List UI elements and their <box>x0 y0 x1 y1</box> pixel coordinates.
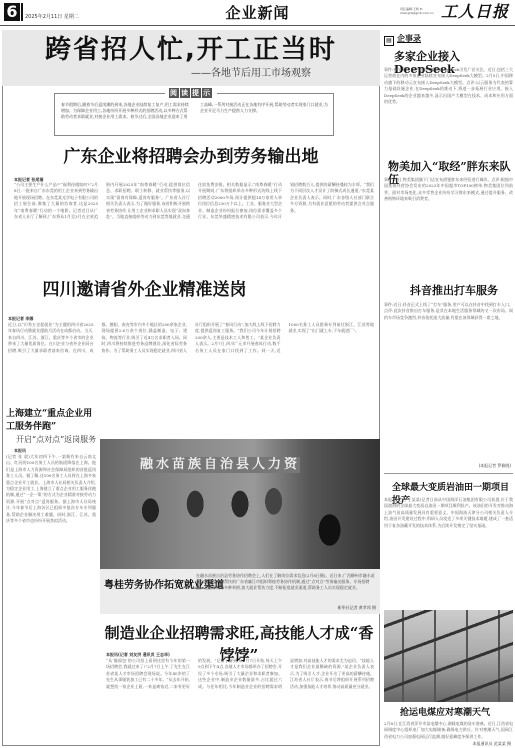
sidebar-photo-headline: 抢运电煤应对寒潮天气 <box>400 707 490 720</box>
article-headline-guangdong[interactable]: 广东企业将招聘会办到劳务输出地 <box>2 146 380 168</box>
photo-power-grid <box>384 610 513 702</box>
sidebar-body: 事件:近日,物美集团旗下门店宣布借鉴胖东来经验进行调改。点评:根据中国连锁经营协… <box>384 177 513 272</box>
tent-banner: 融水苗族自治县人力资 <box>140 457 300 473</box>
reading-tip-text: 春节假期后,随着节后返岗潮的到来,各地企业陆续复工复产,用工需求持续增加。为保障… <box>61 102 329 120</box>
tip-char: 提 <box>191 88 201 98</box>
article-headline-shanghai[interactable]: 上海建立“重点企业用工服务伴跑” <box>6 408 98 434</box>
sidebar-body: 事件:近日,抖音正式上线了“打车”服务,用户可以在抖音中找到打车入口。点评:此次… <box>384 302 513 460</box>
sidebar-headline-douyin[interactable]: 抖音推出打车服务 <box>410 284 498 297</box>
sidebar-divider <box>384 473 513 474</box>
article-headline-sichuan[interactable]: 四川邀请省外企业精准送岗 <box>2 279 287 301</box>
tip-char: 读 <box>180 88 190 98</box>
sidebar-rubric: ▤企事录 <box>384 33 421 46</box>
article-body: (记者 张 晨)大年初四下午,一架载有来自云南文山、红河的100名务工人员的航班… <box>6 454 96 624</box>
article-subheadline: 开启“点对点”返岗服务 <box>16 435 96 445</box>
sidebar-body: 事件:春节期间,国产开源大模型DeepSeek引发广泛关注。近日,包括三大运营商… <box>384 67 513 162</box>
newspaper-logo: 工人日报 <box>441 2 509 22</box>
sidebar-column: ▤企事录 多家企业接入DeepSeek 事件:春节期间,国产开源大模型DeepS… <box>384 30 513 746</box>
photo-caption: 粤桂劳务协作拓宽就业渠道 在融水苗族自治县劳务协作招聘会上,人们在了解岗位需求信… <box>100 569 380 614</box>
lead-headline-band: 跨省招人忙,开工正当时 ——各地节后用工市场观察 <box>2 30 380 86</box>
masthead: 6 2025年2月11日 星期二 企业新闻 责任编辑:王娇 E-mail:grb… <box>0 0 515 26</box>
sidebar-body: 本报讯(记者 王某某)记者日前从中国海洋石油集团有限公司获悉,位于我国渤海的全球… <box>384 497 513 603</box>
article-byline: 本报讯(记者 刘友洪 通讯员 王志华) <box>106 652 170 657</box>
photo-caption-text: 在融水苗族自治县劳务协作招聘会上,人们在了解岗位需求信息(2月8日摄)。近日来,… <box>196 573 376 591</box>
reading-tip-box: 阅读提示 春节假期后,随着节后返岗潮的到来,各地企业陆续复工复产,用工需求持续增… <box>54 93 334 136</box>
rubric-icon: ▤ <box>384 36 394 46</box>
article-body: “公司主要生产什么产品?”“福利待遇如何?”2月8日,一批来自广东东莞的用工企业… <box>14 182 374 294</box>
article-byline: 本报记者 李娜 <box>8 316 33 321</box>
tip-char: 阅 <box>169 88 179 98</box>
article-body: 近日,以“川秀万企促就业”为主题的四川省2025年春风行动暨就业援助月活动在成都… <box>8 322 374 406</box>
article-byline: 本报讯 <box>14 448 26 453</box>
main-column: 跨省招人忙,开工正当时 ——各地节后用工市场观察 阅读提示 春节假期后,随着节后… <box>2 30 380 746</box>
sidebar-credit: (本报记者 罗筱晓) <box>479 463 511 468</box>
rubric-label: 企事录 <box>397 34 421 43</box>
article-body: “从‘像面包’的公司招上看到这里有今年的第一场招聘会,我就过来了!”2月7日上午… <box>106 658 374 740</box>
photo-job-fair: 融水苗族自治县人力资 <box>100 439 380 569</box>
tip-char: 示 <box>202 88 212 98</box>
photo-credit: 新华社记者 黄孝邦 摄 <box>337 605 376 610</box>
lead-headline[interactable]: 跨省招人忙,开工正当时 <box>2 34 380 66</box>
lead-subheadline: ——各地节后用工市场观察 <box>2 67 380 80</box>
sidebar-photo-credit: 本报通讯员 范某某 摄 <box>472 741 511 746</box>
sidebar-photo-text: 2月8日,在江西省萍乡市某电煤中心,满载电煤的货车驶离。近日,江西省电网调度中心… <box>384 721 513 741</box>
reading-tip-title: 阅读提示 <box>165 88 217 99</box>
